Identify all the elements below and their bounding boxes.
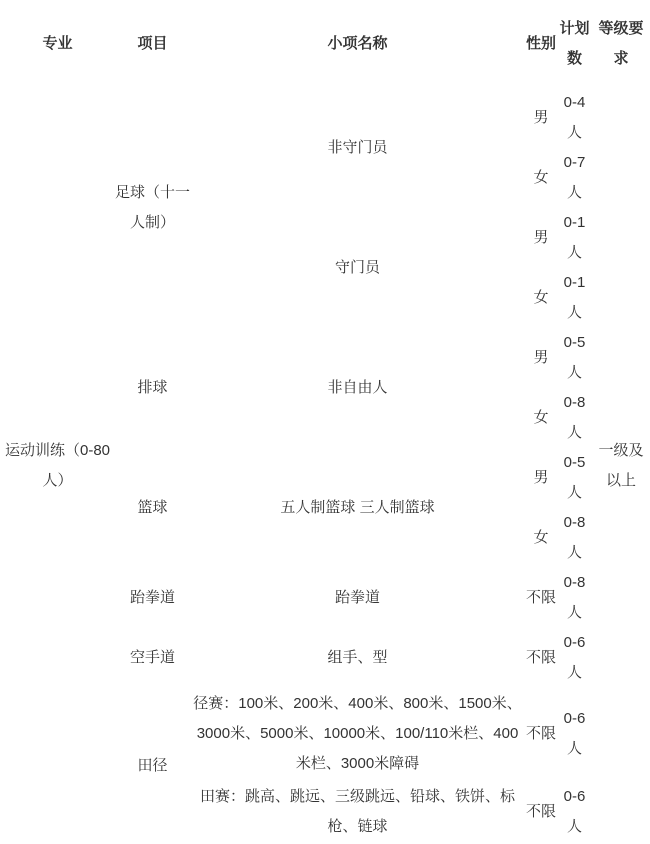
quota-cell: 0-5 人 [557, 448, 592, 508]
gender-cell: 男 [525, 448, 557, 508]
quota-cell: 0-4 人 [557, 88, 592, 148]
event-cell-basketball: 篮球 [115, 448, 190, 568]
gender-cell: 不限 [525, 688, 557, 780]
quota-cell: 0-6 人 [557, 688, 592, 780]
grade-cell: 一级及以上 [592, 88, 650, 844]
event-cell-volleyball: 排球 [115, 328, 190, 448]
gender-cell: 不限 [525, 628, 557, 688]
gender-cell: 女 [525, 388, 557, 448]
quota-cell: 0-8 人 [557, 568, 592, 628]
quota-cell: 0-1 人 [557, 268, 592, 328]
gender-cell: 女 [525, 148, 557, 208]
quota-cell: 0-1 人 [557, 208, 592, 268]
subevent-cell-goalkeeper: 守门员 [190, 208, 525, 328]
quota-cell: 0-6 人 [557, 628, 592, 688]
col-header-quota: 计划数 [557, 0, 592, 88]
event-cell-football: 足球（十一人制） [115, 88, 190, 328]
subevent-cell-taekwondo: 跆拳道 [190, 568, 525, 628]
col-header-major: 专业 [0, 0, 115, 88]
gender-cell: 不限 [525, 780, 557, 844]
table-row: 运动训练（0-80人） 足球（十一人制） 非守门员 男 0-4 人 一级及以上 [0, 88, 650, 148]
event-cell-karate: 空手道 [115, 628, 190, 688]
subevent-cell-basketball: 五人制篮球 三人制篮球 [190, 448, 525, 568]
quota-cell: 0-8 人 [557, 508, 592, 568]
major-cell: 运动训练（0-80人） [0, 88, 115, 844]
gender-cell: 女 [525, 508, 557, 568]
event-cell-athletics: 田径 [115, 688, 190, 844]
col-header-event: 项目 [115, 0, 190, 88]
gender-cell: 不限 [525, 568, 557, 628]
gender-cell: 女 [525, 268, 557, 328]
subevent-cell-karate: 组手、型 [190, 628, 525, 688]
col-header-grade: 等级要求 [592, 0, 650, 88]
quota-cell: 0-8 人 [557, 388, 592, 448]
table-header-row: 专业 项目 小项名称 性别 计划数 等级要求 [0, 0, 650, 88]
quota-cell: 0-7 人 [557, 148, 592, 208]
event-cell-taekwondo: 跆拳道 [115, 568, 190, 628]
col-header-gender: 性别 [525, 0, 557, 88]
subevent-cell-non-libero: 非自由人 [190, 328, 525, 448]
gender-cell: 男 [525, 208, 557, 268]
subevent-cell-field-events: 田赛：跳高、跳远、三级跳远、铅球、铁饼、标枪、链球 [190, 780, 525, 844]
col-header-subevent: 小项名称 [190, 0, 525, 88]
admission-quota-table: 专业 项目 小项名称 性别 计划数 等级要求 运动训练（0-80人） 足球（十一… [0, 0, 650, 844]
subevent-cell-non-goalkeeper: 非守门员 [190, 88, 525, 208]
gender-cell: 男 [525, 88, 557, 148]
gender-cell: 男 [525, 328, 557, 388]
quota-cell: 0-5 人 [557, 328, 592, 388]
quota-cell: 0-6 人 [557, 780, 592, 844]
subevent-cell-track-events: 径赛：100米、200米、400米、800米、1500米、3000米、5000米… [190, 688, 525, 780]
